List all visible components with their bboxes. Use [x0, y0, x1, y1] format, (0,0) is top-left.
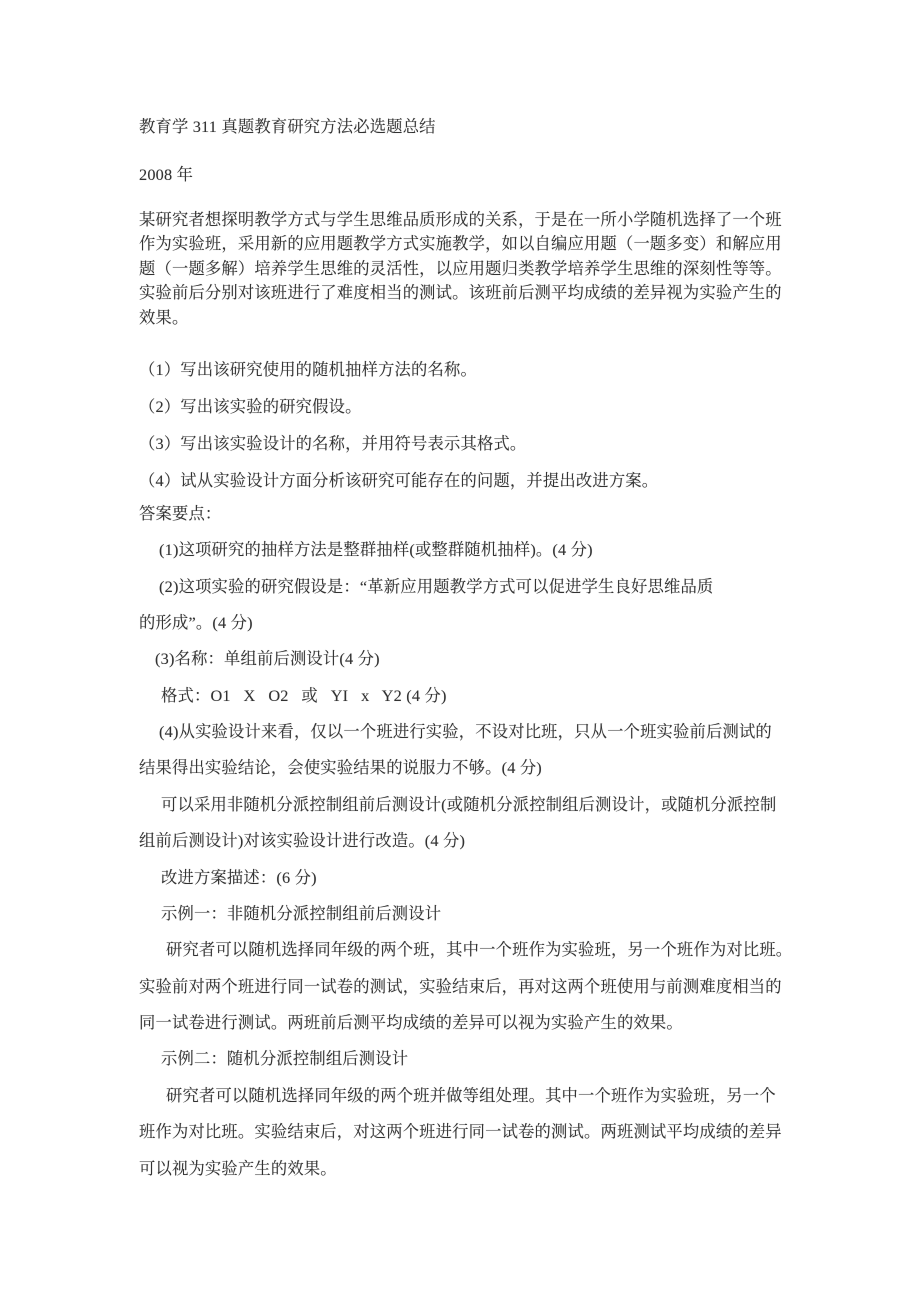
example-2-line-2: 班作为对比班。实验结束后，对这两个班进行同一试卷的测试。两班测试平均成绩的差异	[139, 1121, 782, 1143]
answer-2-line-2: 的形成”。(4 分)	[139, 612, 253, 634]
question-3: （3）写出该实验设计的名称，并用符号表示其格式。	[139, 433, 526, 455]
question-2: （2）写出该实验的研究假设。	[139, 396, 362, 418]
example-2-title: 示例二：随机分派控制组后测设计	[139, 1048, 408, 1070]
example-2-line-3: 可以视为实验产生的效果。	[139, 1158, 337, 1180]
intro-line-2: 作为实验班，采用新的应用题教学方式实施教学，如以自编应用题（一题多变）和解应用	[139, 233, 782, 255]
answer-4-line-2: 结果得出实验结论，会使实验结果的说服力不够。(4 分)	[139, 757, 542, 779]
text-layer: 教育学 311 真题教育研究方法必选题总结2008 年某研究者想探明教学方式与学…	[0, 0, 920, 1302]
intro-line-5: 效果。	[139, 307, 188, 329]
example-1-line-1: 研究者可以随机选择同年级的两个班，其中一个班作为实验班，另一个班作为对比班。	[139, 939, 792, 961]
doc-title: 教育学 311 真题教育研究方法必选题总结	[139, 116, 436, 138]
intro-line-4: 实验前后分别对该班进行了难度相当的测试。该班前后测平均成绩的差异视为实验产生的	[139, 282, 782, 304]
answer-4-line-1: (4)从实验设计来看，仅以一个班进行实验，不设对比班，只从一个班实验前后测试的	[139, 721, 772, 743]
improve-desc-header: 改进方案描述：(6 分)	[139, 867, 317, 889]
question-4: （4）试从实验设计方面分析该研究可能存在的问题，并提出改进方案。	[139, 470, 658, 492]
example-1-line-2: 实验前对两个班进行同一试卷的测试，实验结束后，再对这两个班使用与前测难度相当的	[139, 976, 782, 998]
example-1-line-3: 同一试卷进行测试。两班前后测平均成绩的差异可以视为实验产生的效果。	[139, 1012, 683, 1034]
answer-2-line-1: (2)这项实验的研究假设是：“革新应用题教学方式可以促进学生良好思维品质	[139, 576, 713, 598]
question-1: （1）写出该研究使用的随机抽样方法的名称。	[139, 359, 477, 381]
intro-line-1: 某研究者想探明教学方式与学生思维品质形成的关系，于是在一所小学随机选择了一个班	[139, 209, 782, 231]
improve-line-1: 可以采用非随机分派控制组前后测设计(或随机分派控制组后测设计，或随机分派控制	[139, 794, 776, 816]
answer-3-name: (3)名称：单组前后测设计(4 分)	[139, 648, 380, 670]
answer-1: (1)这项研究的抽样方法是整群抽样(或整群随机抽样)。(4 分)	[139, 539, 593, 561]
example-1-title: 示例一：非随机分派控制组前后测设计	[139, 903, 441, 925]
document-page: 教育学 311 真题教育研究方法必选题总结2008 年某研究者想探明教学方式与学…	[0, 0, 920, 1302]
answer-3-format: 格式：O1 X O2 或 YI x Y2 (4 分)	[139, 685, 447, 707]
intro-line-3: 题（一题多解）培养学生思维的灵活性，以应用题归类教学培养学生思维的深刻性等等。	[139, 258, 782, 280]
answer-header: 答案要点：	[139, 503, 221, 525]
example-2-line-1: 研究者可以随机选择同年级的两个班并做等组处理。其中一个班作为实验班，另一个	[139, 1085, 776, 1107]
improve-line-2: 组前后测设计)对该实验设计进行改造。(4 分)	[139, 830, 465, 852]
year-heading: 2008 年	[139, 164, 193, 186]
